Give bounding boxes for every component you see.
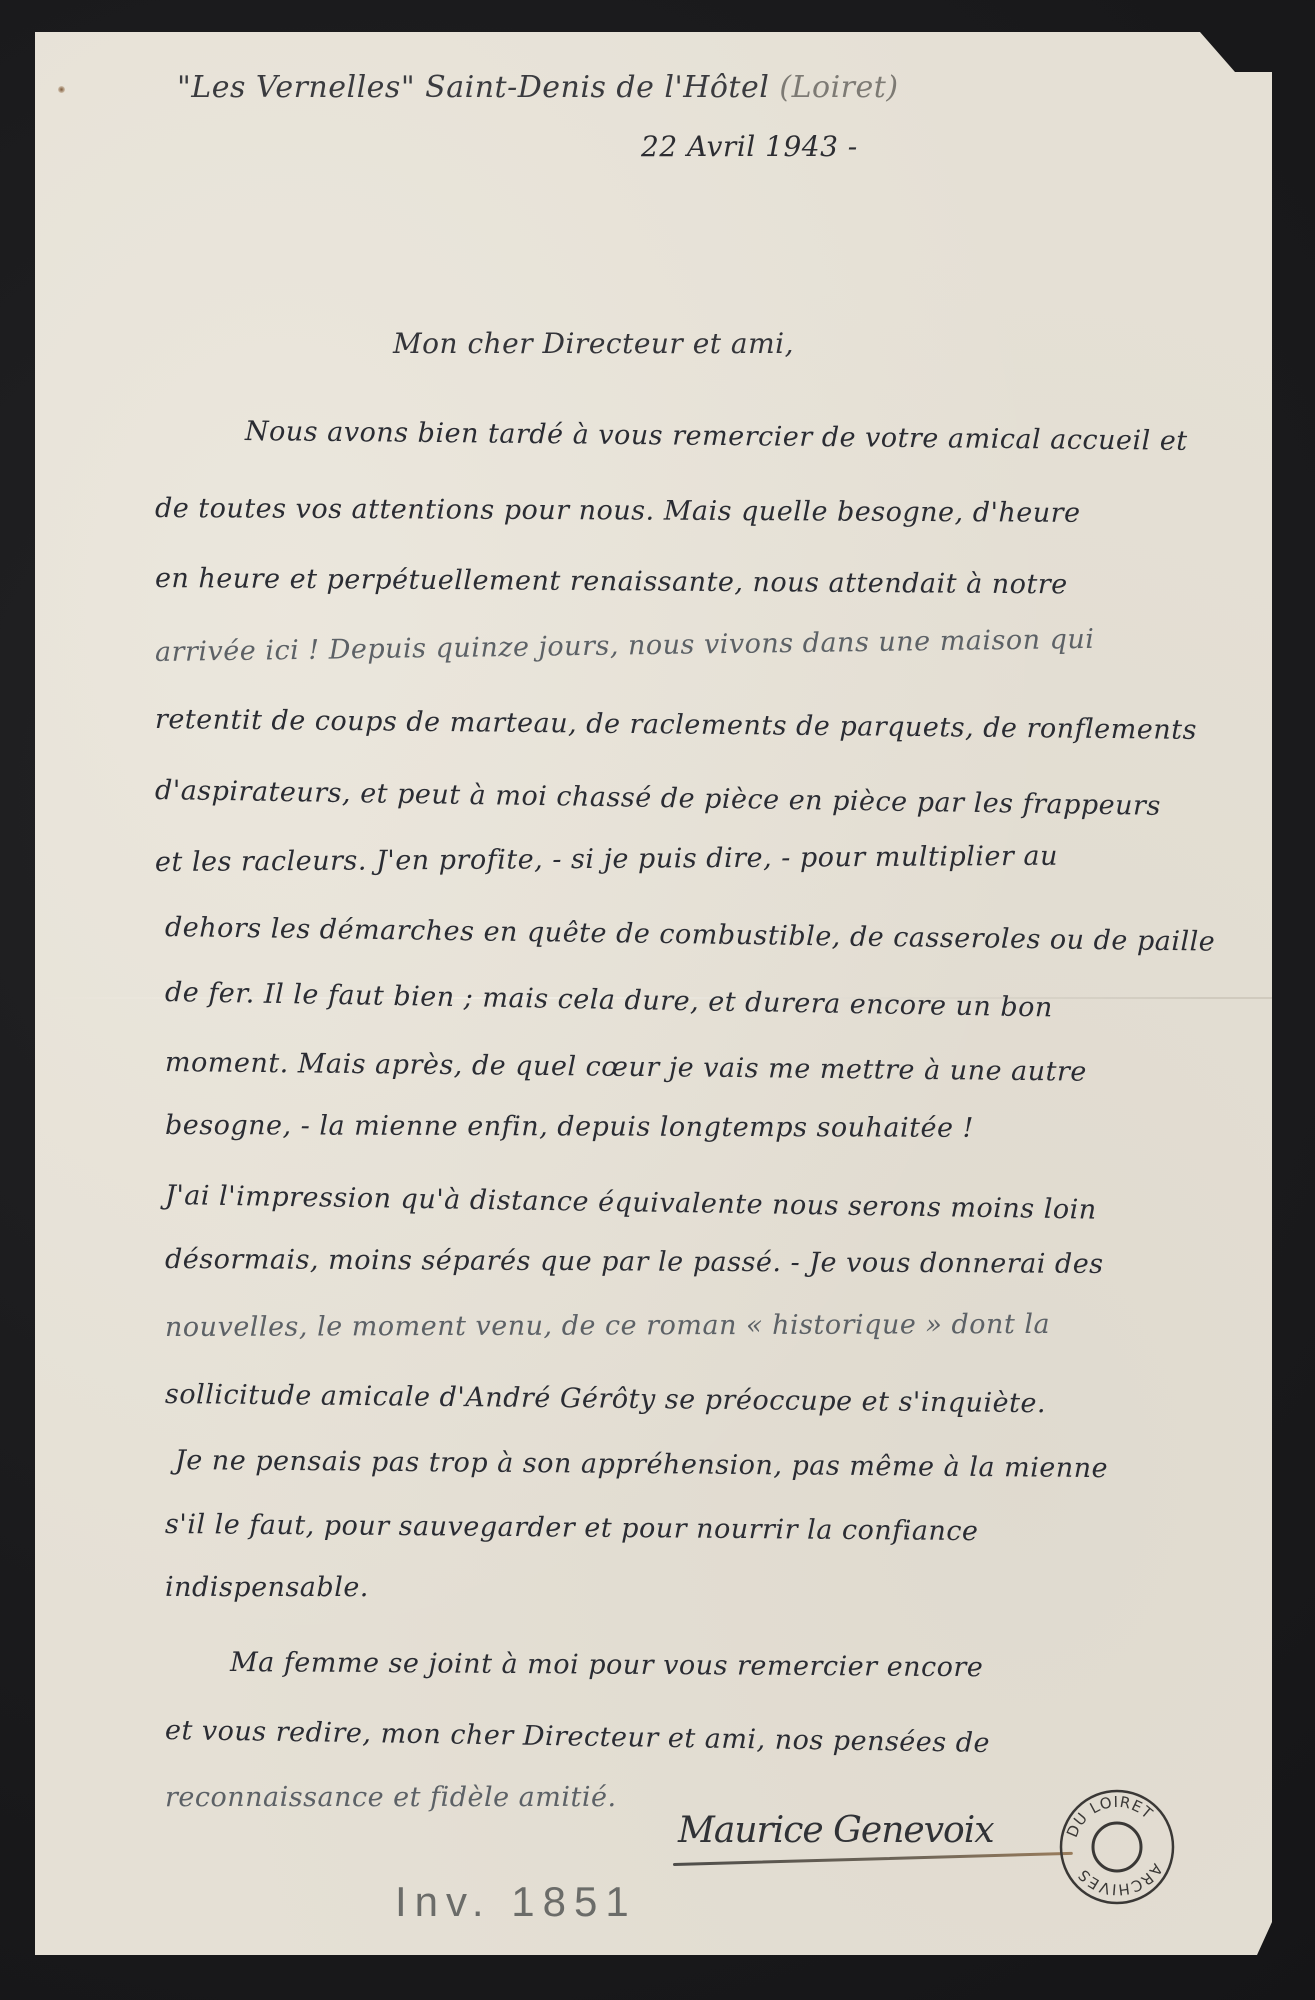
body-line: et vous redire, mon cher Directeur et am… bbox=[165, 1715, 990, 1759]
body-line: sollicitude amicale d'André Gérôty se pr… bbox=[165, 1379, 1046, 1419]
header-place: "Les Vernelles" Saint-Denis de l'Hôtel (… bbox=[177, 70, 899, 105]
body-line: besogne, - la mienne enfin, depuis longt… bbox=[165, 1110, 974, 1144]
body-line: désormais, moins séparés que par le pass… bbox=[165, 1244, 1104, 1280]
body-line: de toutes vos attentions pour nous. Mais… bbox=[155, 493, 1081, 529]
body-line: s'il le faut, pour sauvegarder et pour n… bbox=[165, 1509, 979, 1547]
body-line: d'aspirateurs, et peut à moi chassé de p… bbox=[155, 775, 1161, 822]
body-line: dehors les démarches en quête de combust… bbox=[165, 912, 1216, 958]
body-line: Nous avons bien tardé à vous remercier d… bbox=[245, 416, 1188, 457]
signature-underline bbox=[673, 1852, 1073, 1866]
body-line: et les racleurs. J'en profite, - si je p… bbox=[155, 841, 1058, 878]
body-line: retentit de coups de marteau, de racleme… bbox=[155, 704, 1197, 746]
body-line: J'ai l'impression qu'à distance équivale… bbox=[165, 1180, 1097, 1226]
body-line: indispensable. bbox=[165, 1572, 369, 1603]
archives-stamp-icon: DU LOIRET ARCHIVES bbox=[1057, 1787, 1177, 1907]
svg-text:DU LOIRET: DU LOIRET bbox=[1063, 1793, 1157, 1840]
place-name: "Les Vernelles" bbox=[177, 70, 415, 105]
body-line: de fer. Il le faut bien ; mais cela dure… bbox=[165, 977, 1053, 1023]
body-line: Je ne pensais pas trop à son appréhensio… bbox=[175, 1445, 1108, 1484]
letter-page: "Les Vernelles" Saint-Denis de l'Hôtel (… bbox=[35, 32, 1272, 1955]
stamp-text-top: DU LOIRET bbox=[1063, 1793, 1157, 1840]
letter-date: 22 Avril 1943 - bbox=[641, 130, 858, 163]
foxing-spot bbox=[58, 86, 65, 93]
body-line: moment. Mais après, de quel cœur je vais… bbox=[165, 1047, 1087, 1088]
body-line: reconnaissance et fidèle amitié. bbox=[165, 1782, 617, 1813]
salutation: Mon cher Directeur et ami, bbox=[393, 327, 794, 360]
body-line: en heure et perpétuellement renaissante,… bbox=[155, 563, 1068, 600]
inventory-number: Inv. 1851 bbox=[395, 1878, 637, 1926]
svg-text:ARCHIVES: ARCHIVES bbox=[1074, 1860, 1166, 1898]
place-region: (Loiret) bbox=[779, 70, 898, 105]
stamp-text-bottom: ARCHIVES bbox=[1074, 1860, 1166, 1898]
body-line: arrivée ici ! Depuis quinze jours, nous … bbox=[155, 624, 1095, 668]
body-line: Ma femme se joint à moi pour vous remerc… bbox=[230, 1647, 984, 1683]
body-line: nouvelles, le moment venu, de ce roman «… bbox=[165, 1309, 1050, 1343]
signature: Maurice Genevoix bbox=[678, 1810, 994, 1851]
place-commune: Saint-Denis de l'Hôtel bbox=[425, 70, 769, 105]
